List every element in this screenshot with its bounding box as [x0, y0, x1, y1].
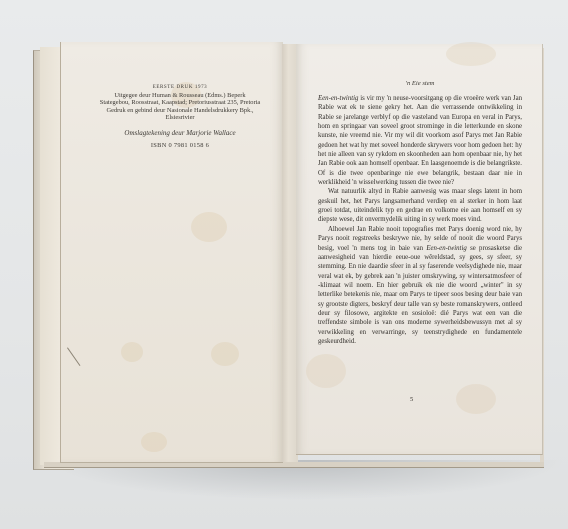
- publisher-line: Stategebou, Roosstraat, Kaapstad; Pretor…: [80, 99, 280, 107]
- paragraph-text: is vir my 'n neuse-voorsitgang op die vr…: [318, 95, 522, 186]
- paper-foxing-stain: [211, 342, 239, 366]
- paragraph: Wat natuurlik altyd in Rabie aanwesig wa…: [318, 187, 522, 224]
- paper-foxing-stain: [191, 212, 227, 242]
- publisher-line: Elsiesrivier: [80, 114, 280, 122]
- book-title-italic: Een-en-twintig: [426, 245, 466, 252]
- isbn: ISBN 0 7981 0158 6: [80, 142, 280, 150]
- book-title-italic: Een-en-twintig: [318, 95, 358, 102]
- cover-credit: Omslagtekening deur Marjorie Wallace: [80, 130, 280, 138]
- photo-scene: Eerste druk 1973 Uitgegee deur Human & R…: [0, 0, 568, 529]
- paragraph: Alhoewel Jan Rabie nooit topografies met…: [318, 225, 522, 346]
- body-text: Een-en-twintig is vir my 'n neuse-voorsi…: [318, 94, 522, 346]
- paragraph-text: se prosasketse die aanwesigheid van hier…: [318, 245, 522, 345]
- edition-line: Eerste druk 1973: [80, 84, 280, 92]
- paper-foxing-stain: [456, 384, 496, 414]
- paragraph-text: Wat natuurlik altyd in Rabie aanwesig wa…: [318, 188, 522, 223]
- publisher-line: Uitgegee deur Human & Rousseau (Edms.) B…: [80, 92, 280, 100]
- running-head: 'n Eie stem: [300, 80, 540, 87]
- paper-foxing-stain: [306, 354, 346, 388]
- publisher-line: Gedruk en gebind deur Nasionale Handelsd…: [80, 107, 280, 115]
- paper-foxing-stain: [446, 42, 496, 66]
- paper-foxing-stain: [141, 432, 167, 452]
- paragraph: Een-en-twintig is vir my 'n neuse-voorsi…: [318, 94, 522, 187]
- paper-foxing-stain: [121, 342, 143, 362]
- copyright-imprint: Eerste druk 1973 Uitgegee deur Human & R…: [80, 84, 280, 149]
- page-number: 5: [410, 396, 413, 403]
